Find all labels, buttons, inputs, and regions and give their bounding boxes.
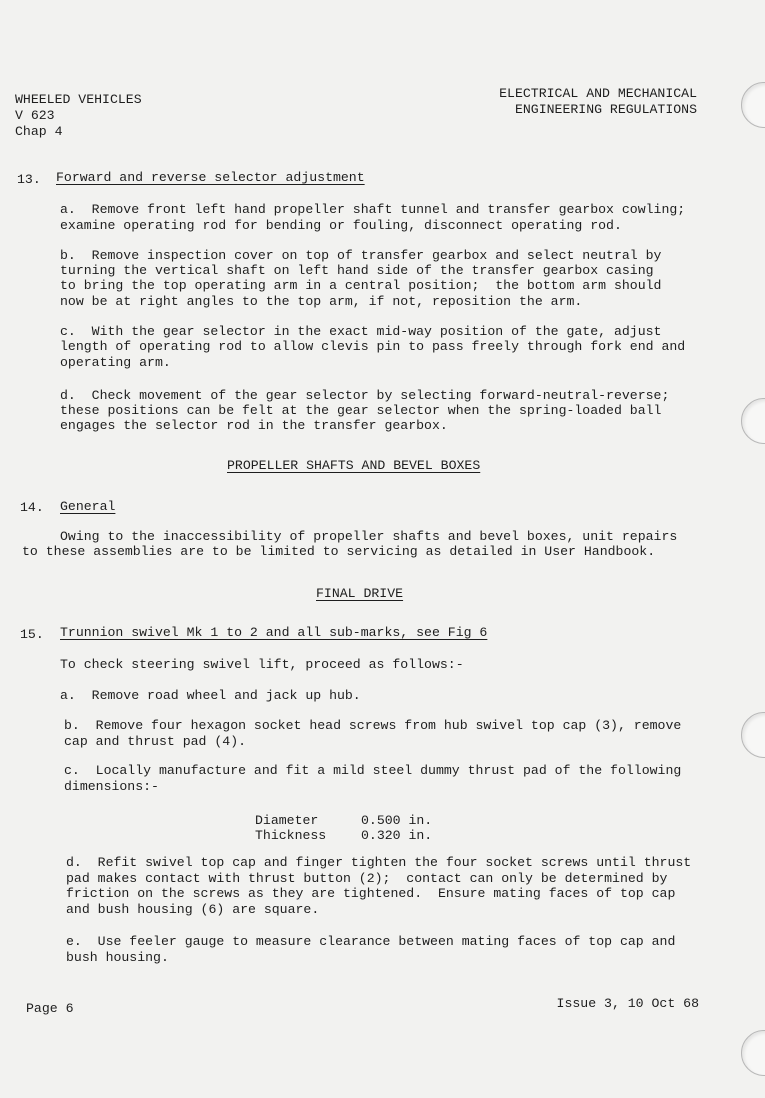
page-number: Page 6 bbox=[26, 1001, 73, 1017]
section-number: 15. bbox=[20, 627, 44, 643]
text-line: these positions can be felt at the gear … bbox=[60, 403, 661, 419]
dimension-label: Thickness bbox=[255, 828, 326, 844]
header-left-line: V 623 bbox=[15, 108, 55, 124]
text-line: Owing to the inaccessibility of propelle… bbox=[60, 529, 677, 545]
section-title: General bbox=[60, 499, 115, 515]
text-line: bush housing. bbox=[66, 950, 169, 966]
section-number: 14. bbox=[20, 500, 44, 516]
text-line: a. Remove front left hand propeller shaf… bbox=[60, 202, 685, 218]
text-line: To check steering swivel lift, proceed a… bbox=[60, 657, 464, 673]
text-line: friction on the screws as they are tight… bbox=[66, 886, 675, 902]
dimension-label: Diameter bbox=[255, 813, 318, 829]
heading-final-drive: FINAL DRIVE bbox=[316, 586, 403, 602]
header-right-line: ENGINEERING REGULATIONS bbox=[515, 102, 697, 118]
text-line: cap and thrust pad (4). bbox=[64, 734, 246, 750]
text-line: c. Locally manufacture and fit a mild st… bbox=[64, 763, 681, 779]
text-line: examine operating rod for bending or fou… bbox=[60, 218, 622, 234]
text-line: engages the selector rod in the transfer… bbox=[60, 418, 448, 434]
text-line: d. Check movement of the gear selector b… bbox=[60, 388, 669, 404]
text-line: e. Use feeler gauge to measure clearance… bbox=[66, 934, 675, 950]
text-line: turning the vertical shaft on left hand … bbox=[60, 263, 654, 279]
header-left-line: Chap 4 bbox=[15, 124, 62, 140]
text-line: and bush housing (6) are square. bbox=[66, 902, 319, 918]
header-right-line: ELECTRICAL AND MECHANICAL bbox=[499, 86, 697, 102]
text-line: to these assemblies are to be limited to… bbox=[22, 544, 655, 560]
section-title: Trunnion swivel Mk 1 to 2 and all sub-ma… bbox=[60, 625, 487, 641]
text-line: length of operating rod to allow clevis … bbox=[60, 339, 685, 355]
text-line: a. Remove road wheel and jack up hub. bbox=[60, 688, 361, 704]
punch-hole bbox=[741, 398, 765, 444]
dimension-value: 0.500 in. bbox=[361, 813, 432, 829]
dimension-value: 0.320 in. bbox=[361, 828, 432, 844]
header-left-line: WHEELED VEHICLES bbox=[15, 92, 142, 108]
section-title: Forward and reverse selector adjustment bbox=[56, 170, 365, 186]
text-line: dimensions:- bbox=[64, 779, 159, 795]
text-line: now be at right angles to the top arm, i… bbox=[60, 294, 582, 310]
section-number: 13. bbox=[17, 172, 41, 188]
punch-hole bbox=[741, 712, 765, 758]
text-line: b. Remove four hexagon socket head screw… bbox=[64, 718, 681, 734]
heading-propeller-shafts: PROPELLER SHAFTS AND BEVEL BOXES bbox=[227, 458, 480, 474]
issue-date: Issue 3, 10 Oct 68 bbox=[557, 996, 699, 1012]
text-line: d. Refit swivel top cap and finger tight… bbox=[66, 855, 691, 871]
text-line: c. With the gear selector in the exact m… bbox=[60, 324, 661, 340]
punch-hole bbox=[741, 1030, 765, 1076]
text-line: b. Remove inspection cover on top of tra… bbox=[60, 248, 661, 264]
punch-hole bbox=[741, 82, 765, 128]
text-line: pad makes contact with thrust button (2)… bbox=[66, 871, 667, 887]
text-line: operating arm. bbox=[60, 355, 171, 371]
text-line: to bring the top operating arm in a cent… bbox=[60, 278, 661, 294]
